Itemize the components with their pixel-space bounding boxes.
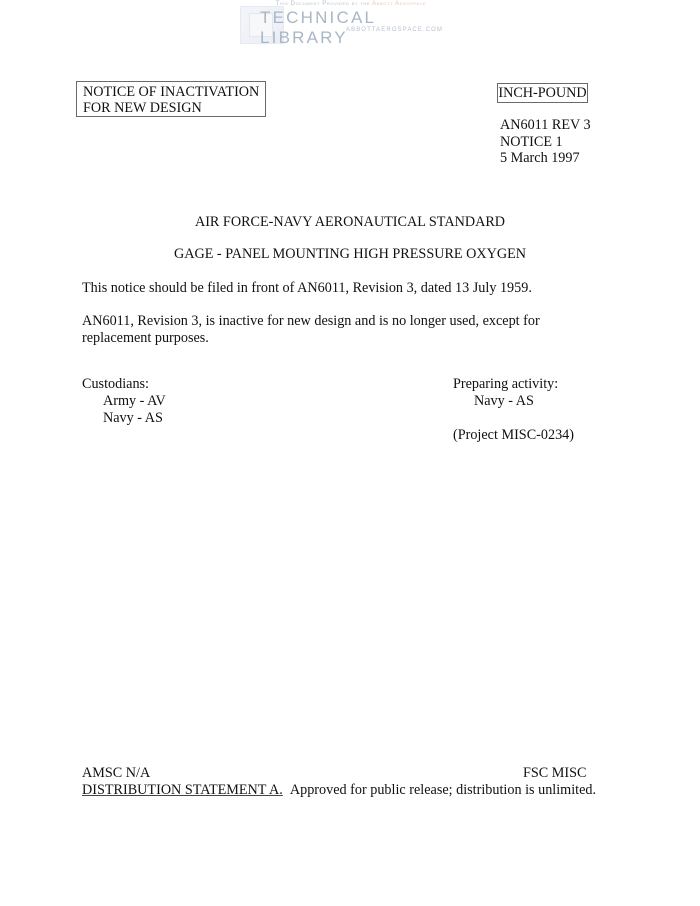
fsc-label: FSC MISC — [523, 765, 586, 782]
distribution-statement-label: DISTRIBUTION STATEMENT A. — [82, 782, 283, 798]
watermark-url: ABBOTTAEROSPACE.COM — [346, 27, 443, 33]
notice-date: 5 March 1997 — [500, 150, 591, 167]
document-id: AN6011 REV 3 — [500, 117, 591, 134]
subject-title: GAGE - PANEL MOUNTING HIGH PRESSURE OXYG… — [0, 246, 700, 263]
custodians-block: Custodians: Army - AV Navy - AS — [82, 376, 166, 427]
inch-pound-box: INCH-POUND — [497, 83, 588, 103]
amsc-label: AMSC N/A — [82, 765, 150, 782]
standard-title: AIR FORCE-NAVY AERONAUTICAL STANDARD — [0, 214, 700, 231]
watermark-prefix: This Document Provided by the — [276, 1, 371, 7]
distribution-statement-text: Approved for public release; distributio… — [290, 782, 596, 798]
watermark-provided-by: This Document Provided by the Abbott Aer… — [236, 1, 466, 7]
preparing-activity-value: Navy - AS — [453, 393, 574, 410]
notice-box-line2: FOR NEW DESIGN — [83, 100, 265, 116]
preparing-activity-label: Preparing activity: — [453, 376, 574, 393]
project-number: (Project MISC-0234) — [453, 427, 574, 444]
notice-box-line1: NOTICE OF INACTIVATION — [83, 84, 265, 100]
filing-instruction-paragraph: This notice should be filed in front of … — [82, 280, 602, 297]
distribution-statement: DISTRIBUTION STATEMENT A. Approved for p… — [82, 782, 596, 799]
inactivation-statement-paragraph: AN6011, Revision 3, is inactive for new … — [82, 313, 597, 347]
notice-number: NOTICE 1 — [500, 134, 591, 151]
custodian-item: Navy - AS — [82, 410, 166, 427]
custodian-item: Army - AV — [82, 393, 166, 410]
technical-library-watermark: This Document Provided by the Abbott Aer… — [236, 0, 466, 46]
custodians-label: Custodians: — [82, 376, 166, 393]
watermark-accent: Abbott Aerospace — [372, 1, 426, 7]
notice-of-inactivation-box: NOTICE OF INACTIVATION FOR NEW DESIGN — [76, 81, 266, 117]
preparing-activity-block: Preparing activity: Navy - AS (Project M… — [453, 376, 574, 444]
document-identifier-block: AN6011 REV 3 NOTICE 1 5 March 1997 — [500, 117, 591, 167]
